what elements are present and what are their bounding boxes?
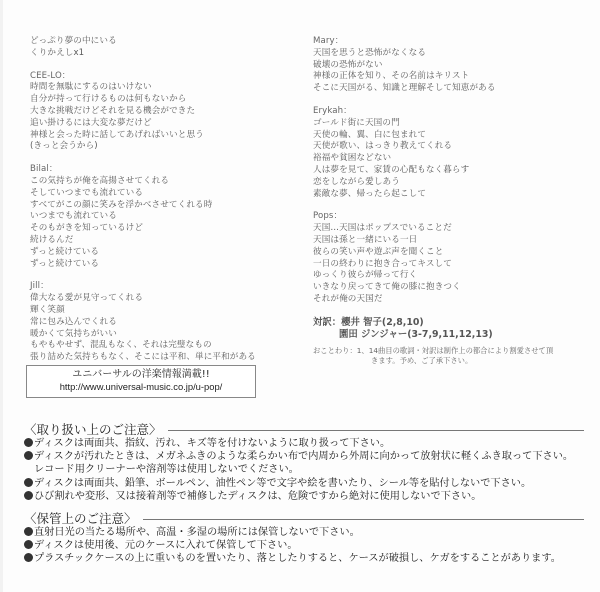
lyric-line: 自分が持って行けるものは何もないから [30,94,285,106]
section-header: 〈保管上のご注意〉 [24,510,584,526]
section-title: 〈取り扱い上のご注意〉 [24,420,162,438]
page-edge-shadow [0,0,3,592]
bullet-icon [24,553,33,562]
bullet-icon [24,478,33,487]
disclaimer-note: おことわり：1、14曲目の歌詞・対訳は制作上の都合により割愛させて頂 きます。予… [313,346,583,366]
lyric-line: ずっと続けている [30,247,285,259]
caution-text: ディスクが汚れたときは、メガネふきのような柔らかい布で内周から外周に向かって放射… [34,451,573,462]
speaker-label: Erykah： [313,106,583,118]
credit-row: 対訳：櫻井 智子(2,8,10) [313,317,583,330]
lyric-line: もやもやせず、混乱もなく、それは完璧なもの [30,340,285,352]
speaker-label: Mary： [313,36,583,48]
divider [143,519,584,520]
speaker-label: Jill： [30,281,285,293]
caution-text: ディスクは両面共、指紋、汚れ、キズ等を付けないように取り扱って下さい。 [34,438,390,449]
lyric-line: 彼らの笑い声や遊ぶ声を聞くこと [313,247,583,259]
lyric-line: 恋をしながら愛しあう [313,177,583,189]
lyric-line: 人は夢を見て、家賃の心配もなく暮らす [313,165,583,177]
caution-item: 直射日光の当たる場所や、高温・多湿の場所には保管しないで下さい。 [24,526,584,539]
caution-item: ディスクは両面共、指紋、汚れ、キズ等を付けないように取り扱って下さい。 [24,437,584,450]
lyric-line: 偉大なる愛が見守ってくれる [30,293,285,305]
lyrics-block-pops: Pops： 天国…天国はポップスでいることだ 天国は孫と一緒にいる一日 彼らの笑… [313,211,583,305]
caution-text: 直射日光の当たる場所や、高温・多湿の場所には保管しないで下さい。 [34,527,360,538]
lyric-line: 裕福や貧困などない [313,153,583,165]
lyric-line: 天使が歌い、はっきり教えてくれる [313,141,583,153]
translation-credits: 対訳：櫻井 智子(2,8,10) 園田 ジンジャー(3-7,9,11,12,13… [313,317,583,342]
lyrics-block-erykah: Erykah： ゴールド街に天国の門 天使の輪、翼、白に包まれて 天使が歌い、は… [313,106,583,200]
lyric-line: 一日の終わりに抱き合ってキスして [313,259,583,271]
note-text: 1、14曲目の歌詞・対訳は制作上の都合により割愛させて頂 [357,346,553,355]
caution-item: プラスチックケースの上に重いものを置いたり、落としたりすると、ケースが破損し、ケ… [24,552,584,565]
lyric-line: 天国…天国はポップスでいることだ [313,223,583,235]
lyric-line: 神様の正体を知り、その名前はキリスト [313,71,583,83]
caution-item: ディスクが汚れたときは、メガネふきのような柔らかい布で内周から外周に向かって放射… [24,450,584,463]
speaker-label: Pops： [313,211,583,223]
storage-caution-section: 〈保管上のご注意〉 直射日光の当たる場所や、高温・多湿の場所には保管しないで下さ… [24,510,584,566]
lyric-line: 神様と会った時に話してあげればいいと思う [30,130,285,142]
caution-item: ひび割れや変形、又は接着剤等で補修したディスクは、危険ですから絶対に使用しないで… [24,490,584,503]
lyrics-block-mary: Mary： 天国を思うと恐怖がなくなる 破壊の恐怖がない 神様の正体を知り、その… [313,36,583,95]
lyric-line: 時間を無駄にするのはいけない [30,82,285,94]
speaker-label: CEE-LO： [30,71,285,83]
bullet-icon [24,451,33,460]
caution-text: プラスチックケースの上に重いものを置いたり、落としたりすると、ケースが破損し、ケ… [34,553,561,564]
lyric-line: 天国は孫と一緒にいる一日 [313,235,583,247]
lyric-line: 破壊の恐怖がない [313,60,583,72]
lyric-line: そこに天国がる、知識と理解そして知恵がある [313,83,583,95]
divider [168,430,584,431]
lyrics-right-column: Mary： 天国を思うと恐怖がなくなる 破壊の恐怖がない 神様の正体を知り、その… [313,36,583,366]
lyric-line: 大きな挑戦だけどそれを見る機会ができた [30,106,285,118]
section-header: 〈取り扱い上のご注意〉 [24,421,584,437]
credit-label: 対訳： [313,317,341,328]
caution-item: ディスクは使用後、元のケースに入れて保管して下さい。 [24,539,584,552]
lyric-line: (きっと会うから) [30,141,285,153]
promo-box: ユニバーサルの洋楽情報満載!! http://www.universal-mus… [26,365,256,398]
bullet-icon [24,540,33,549]
lyric-line: くりかえしx1 [30,48,285,60]
lyric-line: どっぷり夢の中にいる [30,36,285,48]
lyric-line: 天使の輪、翼、白に包まれて [313,130,583,142]
lyric-line: いきなり戻ってきて俺の膝に抱きつく [313,282,583,294]
lyric-line: ゴールド街に天国の門 [313,118,583,130]
credit-row: 園田 ジンジャー(3-7,9,11,12,13) [313,329,583,342]
caution-text: ディスクは両面共、鉛筆、ボールペン、油性ペン等で文字や絵を書いたり、シール等を貼… [34,478,531,489]
bullet-icon [24,438,33,447]
lyric-line: 輝く笑顔 [30,305,285,317]
lyric-line: 続けるんだ [30,235,285,247]
lyric-line: ゆっくり彼らが帰って行く [313,270,583,282]
promo-url-link[interactable]: http://www.universal-music.co.jp/u-pop/ [27,381,255,393]
lyrics-intro: どっぷり夢の中にいる くりかえしx1 [30,36,285,60]
lyric-line: ずっと続けている [30,259,285,271]
caution-item-continued: レコード用クリーナーや溶剤等は使用しないでください。 [24,463,584,476]
lyric-line: そしていつまでも流れている [30,188,285,200]
note-text: きます。予め、ご了承下さい。 [313,356,583,366]
caution-text: ひび割れや変形、又は接着剤等で補修したディスクは、危険ですから絶対に使用しないで… [34,491,481,502]
lyric-line: すべてがこの顔に笑みを浮かべさせてくれる時 [30,200,285,212]
lyric-line: 天国を思うと恐怖がなくなる [313,48,583,60]
lyrics-block-ceelo: CEE-LO： 時間を無駄にするのはいけない 自分が持って行けるものは何もないか… [30,71,285,154]
lyric-line: いつまでも流れている [30,211,285,223]
lyrics-block-bilal: Bilal： この気持ちが俺を高揚させてくれる そしていつまでも流れている すべ… [30,164,285,270]
lyric-line: 暖かくて気持ちがいい [30,329,285,341]
handling-caution-section: 〈取り扱い上のご注意〉 ディスクは両面共、指紋、汚れ、キズ等を付けないように取り… [24,421,584,503]
credit-name: 櫻井 智子(2,8,10) [341,317,424,328]
bullet-icon [24,491,33,500]
lyric-line: 常に包み込んでくれる [30,317,285,329]
note-label: おことわり： [313,346,357,355]
lyric-line: この気持ちが俺を高揚させてくれる [30,176,285,188]
section-title: 〈保管上のご注意〉 [24,509,137,527]
caution-item: ディスクは両面共、鉛筆、ボールペン、油性ペン等で文字や絵を書いたり、シール等を貼… [24,477,584,490]
lyric-line: 追い掛けるには大変な夢だけど [30,118,285,130]
lyric-line: それが俺の天国だ [313,294,583,306]
lyric-line: 素敵な夢、帰ったら起こして [313,189,583,201]
bullet-icon [24,527,33,536]
lyrics-block-jill: Jill： 偉大なる愛が見守ってくれる 輝く笑顔 常に包み込んでくれる 暖かくて… [30,281,285,364]
lyrics-left-column: どっぷり夢の中にいる くりかえしx1 CEE-LO： 時間を無駄にするのはいけな… [30,36,285,375]
lyric-line: 張り詰めた気持ちもなく、そこには平和、単に平和がある [30,352,285,364]
promo-title: ユニバーサルの洋楽情報満載!! [27,368,255,381]
speaker-label: Bilal： [30,164,285,176]
caution-text: ディスクは使用後、元のケースに入れて保管して下さい。 [34,540,298,551]
lyric-line: そのもがきを知っているけど [30,223,285,235]
